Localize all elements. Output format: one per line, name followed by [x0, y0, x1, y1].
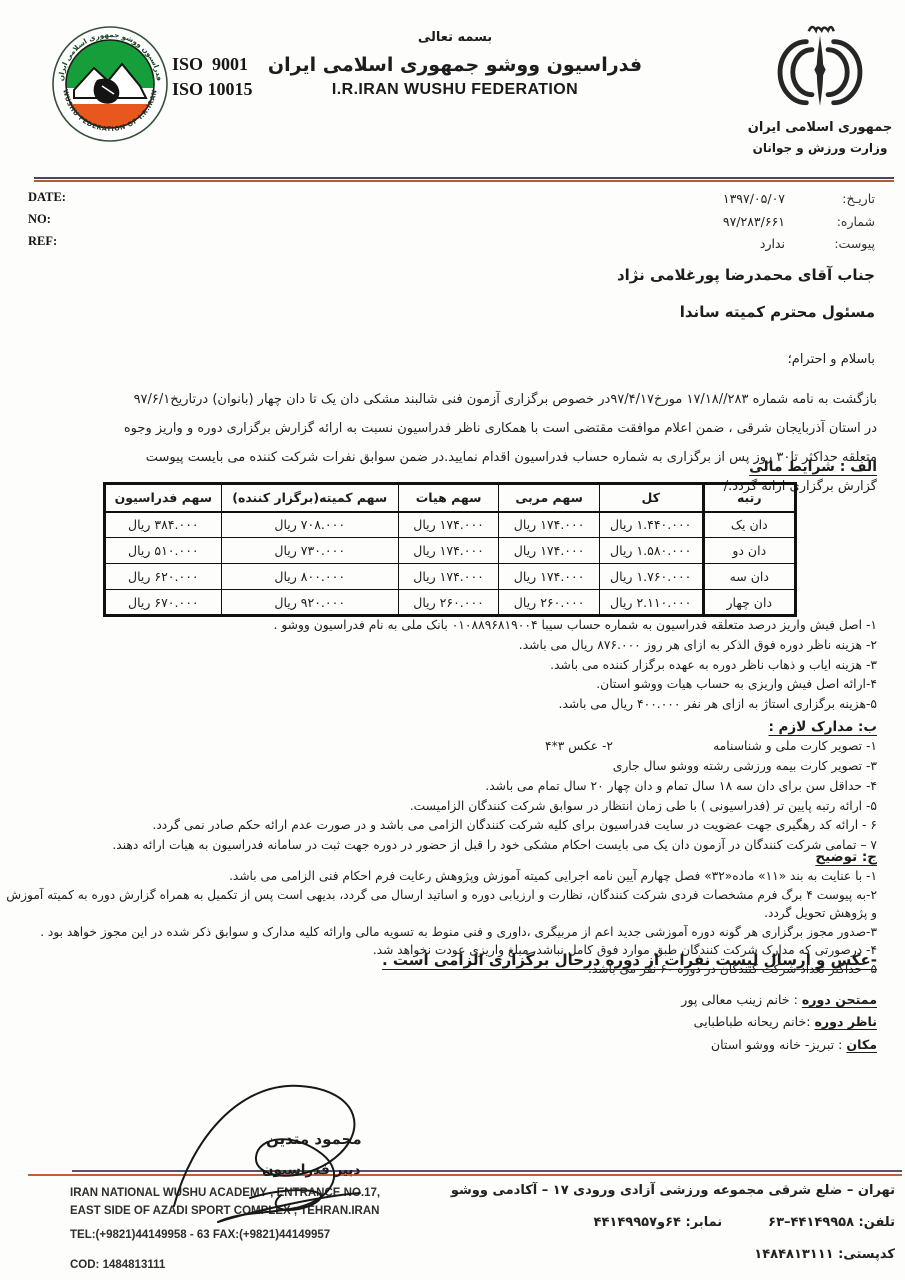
- location-label: مکان: [846, 1037, 877, 1052]
- cell-committee: ۷۰۸.۰۰۰ ریال: [221, 512, 398, 538]
- note-item: ۳- هزینه ایاب و ذهاب ناظر دوره به عهده ب…: [274, 656, 878, 676]
- note-item: ۵-هزینه برگزاری استاژ به ازای هر نفر ۴۰۰…: [274, 695, 878, 715]
- footer-en-line: EAST SIDE OF AZADI SPORT COMPLEX , TEHRA…: [70, 1202, 380, 1220]
- financial-notes: ۱- اصل فیش واریز درصد متعلقه فدراسیون به…: [274, 616, 878, 715]
- cell-committee: ۸۰۰.۰۰۰ ریال: [221, 564, 398, 590]
- col-header-federation-share: سهم فدراسیون: [105, 484, 222, 512]
- footer-divider-dark: [72, 1170, 902, 1172]
- required-doc-item: ۳- تصویر کارت بیمه ورزشی رشته ووشو سال ج…: [112, 757, 877, 777]
- footer-divider-orange: [28, 1174, 902, 1176]
- footer-fa-tel-fax-row: تلفن: ۴۴۱۴۹۹۵۸–۶۳ نمابر: ۶۴و۴۴۱۴۹۹۵۷: [451, 1212, 895, 1233]
- cell-coach: ۲۶۰.۰۰۰ ریال: [499, 590, 600, 616]
- cell-federation: ۶۲۰.۰۰۰ ریال: [105, 564, 222, 590]
- iso-certifications: ISO 9001 ISO 10015: [172, 52, 253, 102]
- cell-federation: ۵۱۰.۰۰۰ ریال: [105, 538, 222, 564]
- footer-fa-fax: نمابر: ۶۴و۴۴۱۴۹۹۵۷: [594, 1212, 723, 1233]
- iran-emblem-icon: [774, 24, 866, 114]
- required-doc-item: ۷ – تمامی شرکت کنندگان در آزمون دان یک م…: [112, 836, 877, 856]
- no-label-en: NO:: [28, 208, 66, 230]
- col-header-coach-share: سهم مربی: [499, 484, 600, 512]
- signatory-title: دبیر فدراسیون: [262, 1162, 360, 1178]
- section-c-heading: ج: توضیح: [815, 849, 877, 865]
- cell-total: ۱.۴۴۰.۰۰۰ ریال: [599, 512, 703, 538]
- table-row-dan2: دان دو ۱.۵۸۰.۰۰۰ ریال ۱۷۴.۰۰۰ ریال ۱۷۴.۰…: [105, 538, 796, 564]
- signatory-name: محمود متدین: [266, 1130, 362, 1148]
- required-docs-list: ۳- تصویر کارت بیمه ورزشی رشته ووشو سال ج…: [112, 757, 877, 856]
- iran-emblem-block: جمهوری اسلامی ایران وزارت ورزش و جوانان: [742, 24, 898, 155]
- date-value: ۱۳۹۷/۰۵/۰۷: [723, 188, 785, 211]
- footer-fa-postal-code: کدپستی: ۱۴۸۴۸۱۳۱۱۱: [451, 1244, 895, 1265]
- number-label-fa: شماره:: [815, 211, 875, 234]
- attachment-row: پیوست: ندارد: [723, 233, 875, 256]
- cell-total: ۱.۵۸۰.۰۰۰ ریال: [599, 538, 703, 564]
- attachment-label-fa: پیوست:: [815, 233, 875, 256]
- footer-address-fa: تهران – ضلع شرقی مجموعه ورزشی آزادی ورود…: [451, 1180, 895, 1276]
- letterhead-center: بسمه تعالی فدراسیون ووشو جمهوری اسلامی ا…: [255, 30, 655, 99]
- footer-address-en: IRAN NATIONAL WUSHU ACADEMY , ENTRANCE N…: [70, 1184, 380, 1274]
- financial-conditions-table: رتبه کل سهم مربی سهم هیات سهم کمیته(برگز…: [103, 482, 797, 617]
- number-row: شماره: ۹۷/۲۸۳/۶۶۱: [723, 211, 875, 234]
- footer-fa-tel: تلفن: ۴۴۱۴۹۹۵۸–۶۳: [768, 1212, 895, 1233]
- required-doc-item: ۵- ارائه رتبه پایین تر (فدراسیونی ) با ط…: [112, 797, 877, 817]
- supervisor-value: :خانم ریحانه طباطبایی: [694, 1014, 815, 1029]
- cell-federation: ۳۸۴.۰۰۰ ریال: [105, 512, 222, 538]
- addressee-title: مسئول محترم کمیته ساندا: [680, 303, 875, 321]
- ref-label-en: REF:: [28, 230, 66, 252]
- number-value: ۹۷/۲۸۳/۶۶۱: [723, 211, 785, 234]
- location-row: مکان : تبریز- خانه ووشو استان: [681, 1034, 877, 1056]
- col-header-board-share: سهم هیات: [398, 484, 499, 512]
- examiner-row: ممتحن دوره : خانم زینب معالی پور: [681, 989, 877, 1011]
- section-b-heading: ب: مدارک لازم :: [768, 719, 877, 735]
- table-row-dan3: دان سه ۱.۷۶۰.۰۰۰ ریال ۱۷۴.۰۰۰ ریال ۱۷۴.۰…: [105, 564, 796, 590]
- supervisor-label: ناظر دوره: [814, 1014, 877, 1029]
- cell-rank: دان سه: [703, 564, 795, 590]
- wushu-logo-icon: فدراسیون ووشو جمهوری اسلامی ایران WUSHU …: [50, 24, 170, 144]
- cell-committee: ۹۲۰.۰۰۰ ریال: [221, 590, 398, 616]
- col-header-total: کل: [599, 484, 703, 512]
- table-row-dan1: دان یک ۱.۴۴۰.۰۰۰ ریال ۱۷۴.۰۰۰ ریال ۱۷۴.۰…: [105, 512, 796, 538]
- salutation: باسلام و احترام؛: [788, 352, 875, 367]
- date-label-en: DATE:: [28, 186, 66, 208]
- wushu-federation-logo: فدراسیون ووشو جمهوری اسلامی ایران WUSHU …: [50, 24, 170, 144]
- date-label-fa: تاریـخ:: [815, 188, 875, 211]
- cell-coach: ۱۷۴.۰۰۰ ریال: [499, 538, 600, 564]
- federation-name-en: I.R.IRAN WUSHU FEDERATION: [255, 81, 655, 99]
- attachment-value: ندارد: [760, 233, 785, 256]
- meta-fields-fa: تاریـخ: ۱۳۹۷/۰۵/۰۷ شماره: ۹۷/۲۸۳/۶۶۱ پیو…: [723, 188, 875, 256]
- header-divider: [34, 177, 894, 182]
- table-row-dan4: دان چهار ۲.۱۱۰.۰۰۰ ریال ۲۶۰.۰۰۰ ریال ۲۶۰…: [105, 590, 796, 616]
- cell-rank: دان دو: [703, 538, 795, 564]
- footer-en-line: IRAN NATIONAL WUSHU ACADEMY , ENTRANCE N…: [70, 1184, 380, 1202]
- cell-federation: ۶۷۰.۰۰۰ ریال: [105, 590, 222, 616]
- course-details: ممتحن دوره : خانم زینب معالی پور ناظر دو…: [681, 989, 877, 1056]
- cell-total: ۲.۱۱۰.۰۰۰ ریال: [599, 590, 703, 616]
- required-doc-item: ۶ - ارائه کد رهگیری جهت عضویت در سایت فد…: [112, 816, 877, 836]
- emblem-caption-ministry: وزارت ورزش و جوانان: [742, 141, 898, 155]
- federation-name-fa: فدراسیون ووشو جمهوری اسلامی ایران: [255, 54, 655, 76]
- cell-board: ۲۶۰.۰۰۰ ریال: [398, 590, 499, 616]
- table-header-row: رتبه کل سهم مربی سهم هیات سهم کمیته(برگز…: [105, 484, 796, 512]
- cell-committee: ۷۳۰.۰۰۰ ریال: [221, 538, 398, 564]
- footer-en-tel-fax: TEL:(+9821)44149958 - 63 FAX:(+9821)4414…: [70, 1226, 380, 1244]
- explanation-item: ۱- با عنایت به بند «۱۱» ماده«۳۲» فصل چها…: [0, 867, 877, 886]
- required-doc-item: ۲- عکس ۳*۴: [545, 739, 613, 753]
- cell-rank: دان چهار: [703, 590, 795, 616]
- note-item: ۲- هزینه ناظر دوره فوق الذکر به ازای هر …: [274, 636, 878, 656]
- required-doc-item: ۱- تصویر کارت ملی و شناسنامه: [713, 739, 877, 753]
- col-header-rank: رتبه: [703, 484, 795, 512]
- bismillah-text: بسمه تعالی: [255, 30, 655, 45]
- location-value: : تبریز- خانه ووشو استان: [711, 1037, 847, 1052]
- explanation-item: ۳-صدور مجوز برگزاری هر گونه دوره آموزشی …: [0, 923, 877, 942]
- examiner-value: : خانم زینب معالی پور: [681, 992, 802, 1007]
- col-header-committee-share: سهم کمیته(برگزار کننده): [221, 484, 398, 512]
- cell-board: ۱۷۴.۰۰۰ ریال: [398, 564, 499, 590]
- supervisor-row: ناظر دوره :خانم ریحانه طباطبایی: [681, 1011, 877, 1033]
- note-item: ۱- اصل فیش واریز درصد متعلقه فدراسیون به…: [274, 616, 878, 636]
- date-row: تاریـخ: ۱۳۹۷/۰۵/۰۷: [723, 188, 875, 211]
- required-doc-item: ۴- حداقل سن برای دان سه ۱۸ سال تمام و دا…: [112, 777, 877, 797]
- examiner-label: ممتحن دوره: [802, 992, 877, 1007]
- footer-fa-address: تهران – ضلع شرقی مجموعه ورزشی آزادی ورود…: [451, 1180, 895, 1201]
- addressee-name: جناب آقای محمدرضا پورغلامی نژاد: [617, 266, 875, 284]
- emblem-caption-country: جمهوری اسلامی ایران: [742, 120, 898, 135]
- cell-rank: دان یک: [703, 512, 795, 538]
- cell-coach: ۱۷۴.۰۰۰ ریال: [499, 564, 600, 590]
- explanation-item: ۲-به پیوست ۴ برگ فرم مشخصات فردی شرکت کن…: [0, 886, 877, 923]
- cell-total: ۱.۷۶۰.۰۰۰ ریال: [599, 564, 703, 590]
- cell-board: ۱۷۴.۰۰۰ ریال: [398, 538, 499, 564]
- footer-en-postal-code: COD: 1484813111: [70, 1256, 380, 1274]
- note-item: ۴-ارائه اصل فیش واریزی به حساب هیات ووشو…: [274, 675, 878, 695]
- mandatory-notice: -عکس و ارسال لیست نفرات از دوره درحال بر…: [382, 951, 877, 969]
- cell-board: ۱۷۴.۰۰۰ ریال: [398, 512, 499, 538]
- scanned-letter: { "header": { "bismillah": "بسمه تعالی",…: [0, 0, 905, 1280]
- cell-coach: ۱۷۴.۰۰۰ ریال: [499, 512, 600, 538]
- section-a-heading: الف : شرایط مالی: [749, 459, 877, 475]
- meta-labels-en: DATE: NO: REF:: [28, 186, 66, 252]
